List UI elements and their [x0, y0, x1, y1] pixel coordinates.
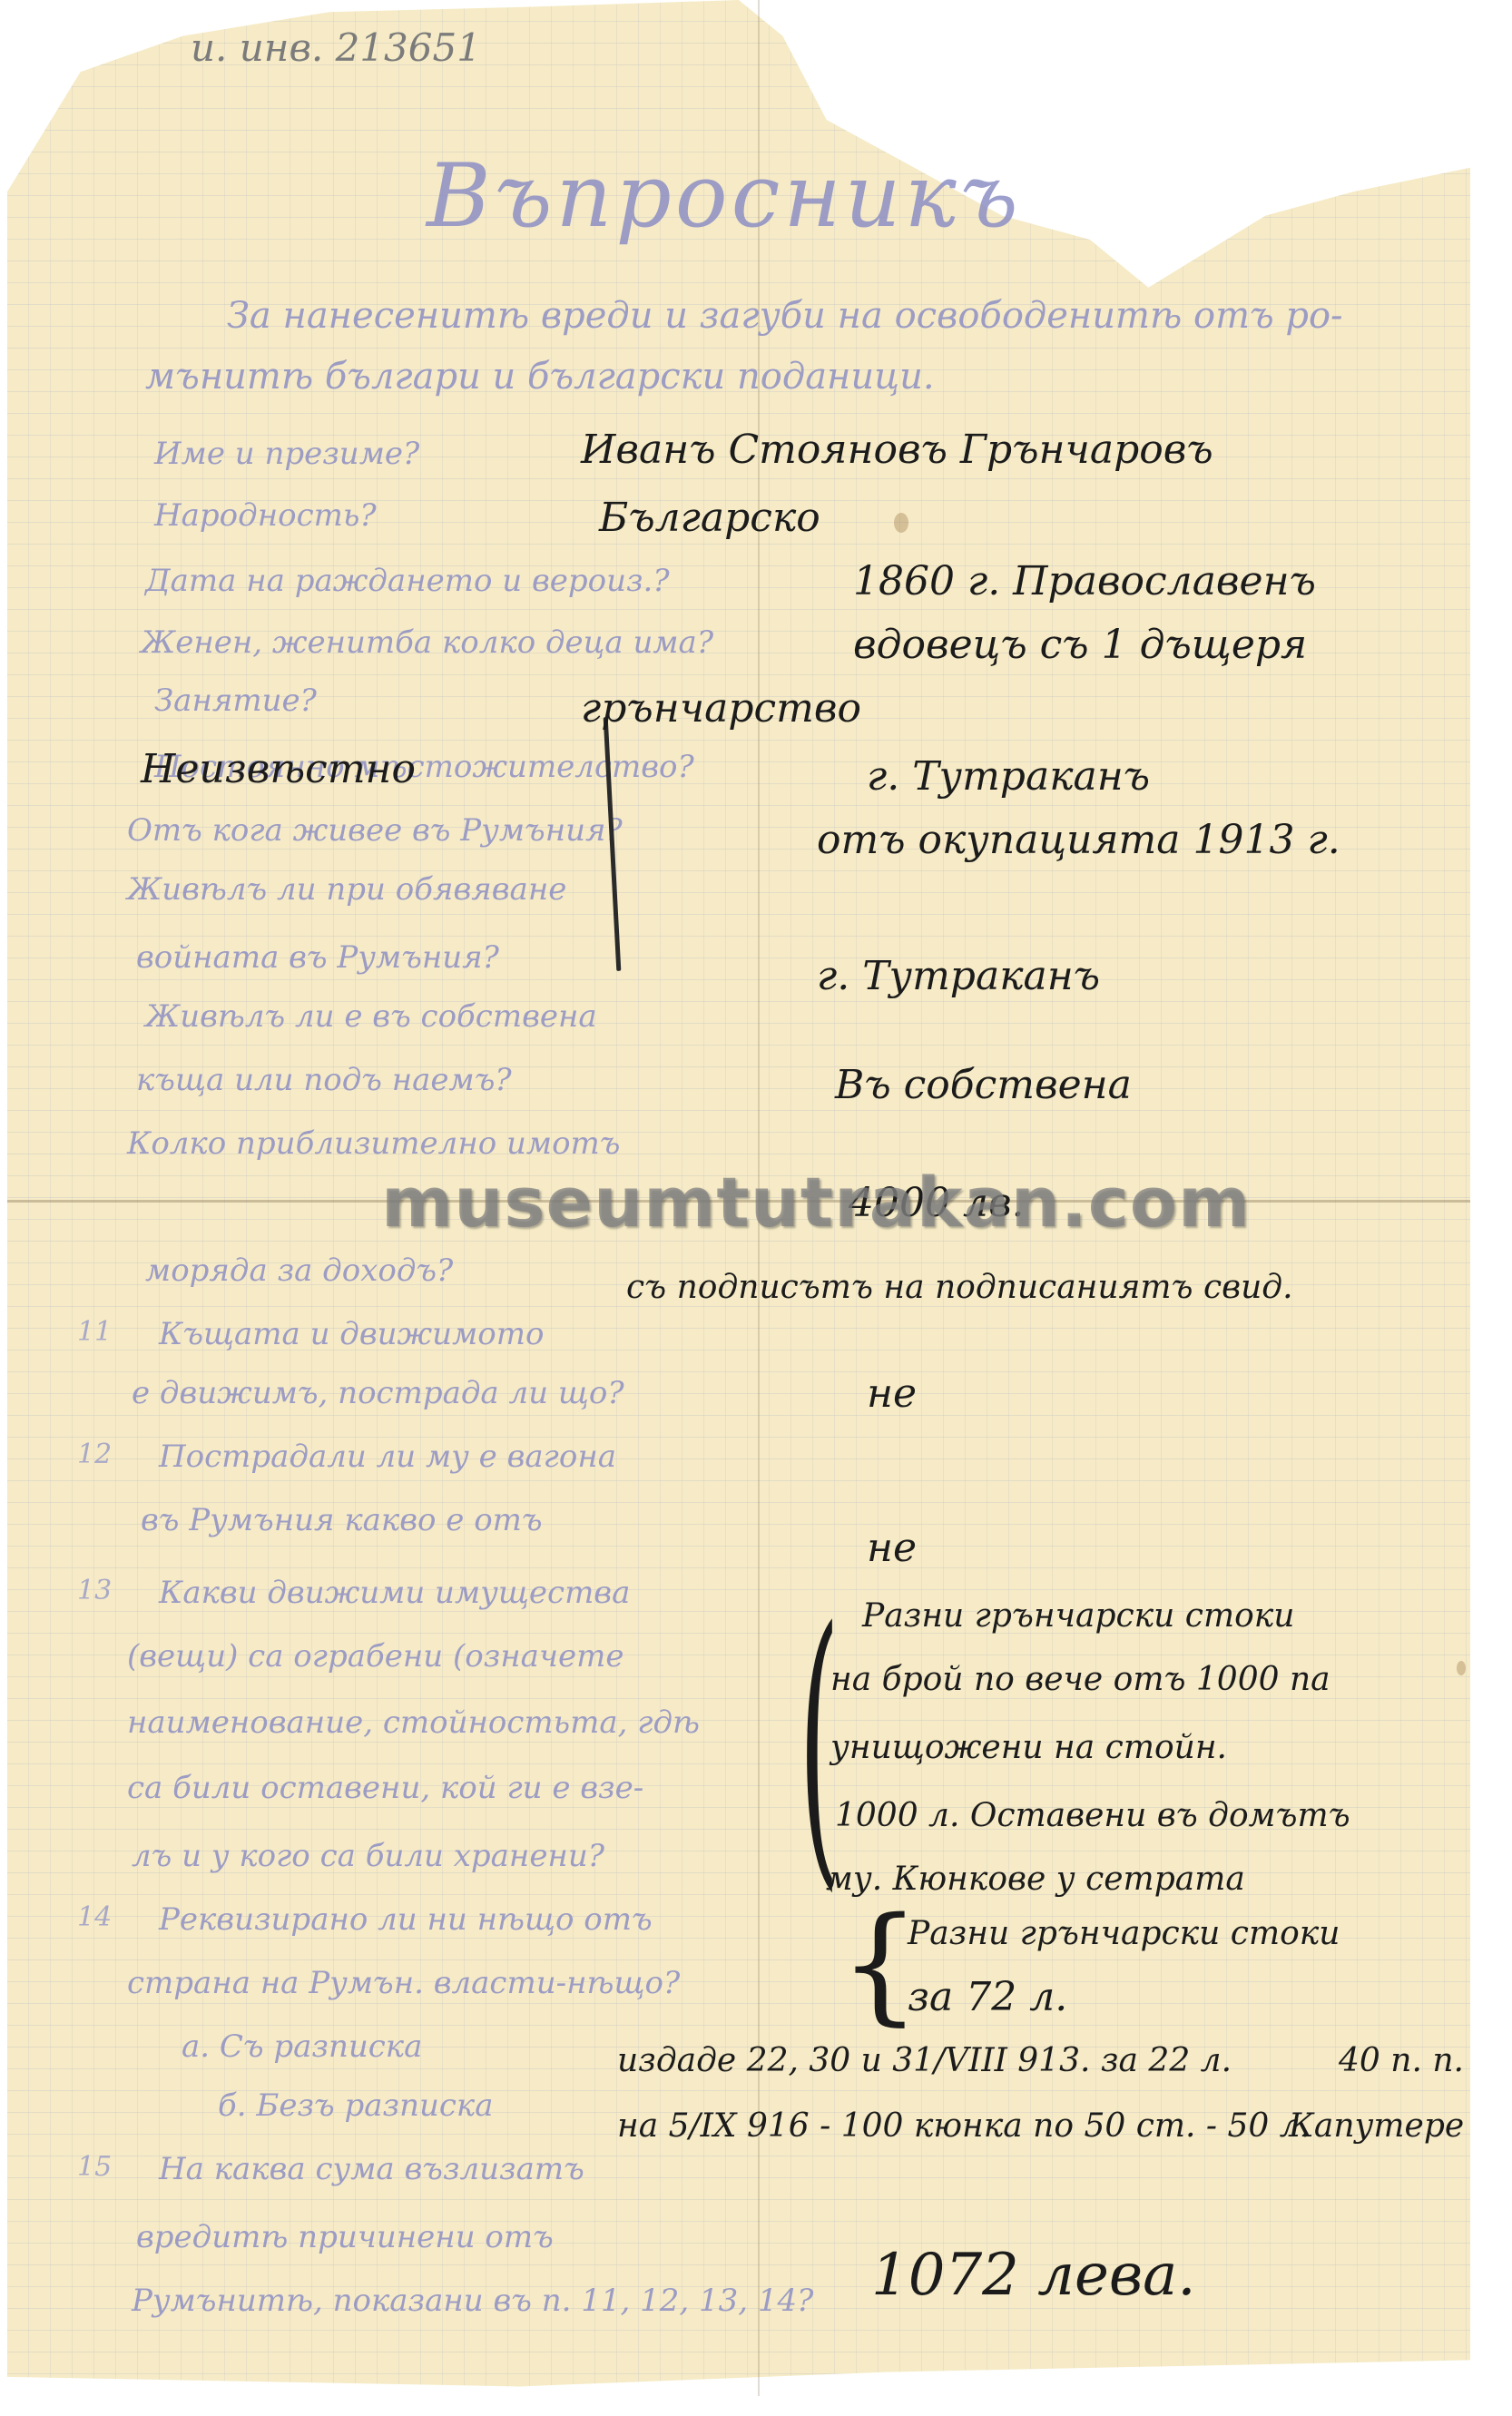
answer-total: 1072 лева.	[871, 2242, 1196, 2309]
question: Дата на раждането и вероиз.?	[145, 563, 670, 599]
answer-damage-11: не	[867, 1370, 917, 1417]
question-number: 11	[77, 1316, 112, 1348]
requisitioned-item: Разни грънчарски стоки	[908, 1915, 1340, 1952]
question-number: 14	[77, 1901, 112, 1933]
watermark: museumtutrakan.com	[381, 1162, 1251, 1242]
answer-residence-since-line2: отъ окупацията 1913 г.	[817, 817, 1340, 863]
question: е движимъ, пострада ли що?	[132, 1375, 624, 1411]
question: къща или подъ наемъ?	[136, 1062, 512, 1098]
question: Отъ кога живее въ Румъния?	[127, 812, 623, 849]
answer-name: Иванъ Стояновъ Грънчаровъ	[581, 427, 1213, 473]
question: моряда за доходъ?	[145, 1252, 453, 1289]
question: б. Безъ разписка	[218, 2087, 493, 2124]
answer-residence-label: Неизвѣстно	[141, 746, 416, 792]
document-title: Въпросникъ	[427, 145, 1022, 247]
requisition-line-1: издаде 22, 30 и 31/VIII 913. за 22 л.	[617, 2042, 1232, 2079]
looted-item: на брой по вече отъ 1000 па	[830, 1661, 1330, 1698]
answer-nationality: Българско	[599, 495, 820, 541]
looted-item: Разни грънчарски стоки	[862, 1597, 1294, 1635]
question: (вещи) са ограбени (означете	[127, 1638, 624, 1675]
question: Занятие?	[154, 683, 317, 719]
answer-lived-in-romania: г. Тутраканъ	[817, 953, 1100, 999]
question: страна на Румън. власти-нѣщо?	[127, 1965, 680, 2001]
question: Реквизирано ли ни нѣщо отъ	[159, 1901, 653, 1938]
question: наименование, стойностьта, гдѣ	[127, 1704, 700, 1741]
answer-income-note: съ подписътъ на подписаниятъ свид.	[626, 1269, 1293, 1306]
question: На каква сума възлизатъ	[159, 2151, 584, 2187]
answer-residence-since: г. Тутраканъ	[867, 753, 1150, 800]
question-number: 13	[77, 1575, 112, 1606]
requisition-line-1-side: 40 п. п.	[1339, 2042, 1464, 2079]
question: Име и презиме?	[154, 436, 419, 472]
ink-stain	[1457, 1661, 1466, 1675]
question: са били оставени, кой ги е взе-	[127, 1770, 643, 1806]
requisition-line-2: на 5/IX 916 - 100 кюнка по 50 ст. - 50 л…	[617, 2107, 1311, 2145]
question: вредитѣ причинени отъ	[136, 2219, 554, 2255]
question: Народность?	[154, 497, 377, 534]
question: Румънитѣ, показани въ п. 11, 12, 13, 14?	[132, 2283, 813, 2319]
answer-birth-religion: 1860 г. Православенъ	[853, 558, 1316, 604]
looted-item: унищожени на стойн.	[830, 1729, 1227, 1766]
question: лъ и у кого са били хранени?	[132, 1838, 604, 1874]
question: Живѣлъ ли при обявяване	[127, 871, 566, 908]
question: въ Румъния какво е отъ	[141, 1502, 543, 1538]
question: Какви движими имущества	[159, 1575, 630, 1611]
question: Женен, женитба колко деца има?	[141, 624, 713, 661]
requisition-line-2-side: Капутере	[1289, 2107, 1464, 2145]
inventory-mark: и. инв. 213651	[191, 25, 481, 70]
question: Пострадали ли му е вагона	[159, 1439, 616, 1475]
question-number: 15	[77, 2151, 112, 2183]
document-subtitle-line1: За нанесенитѣ вреди и загуби на освободе…	[227, 295, 1343, 337]
answer-damage-12: не	[867, 1525, 917, 1571]
ink-stain	[894, 513, 908, 533]
question: войната въ Румъния?	[136, 939, 499, 976]
looted-item: 1000 л. Оставени въ домътъ	[835, 1797, 1350, 1834]
question: Колко приблизително имотъ	[127, 1125, 620, 1162]
answer-occupation: грънчарство	[581, 685, 861, 732]
document-subtitle-line2: мънитѣ българи и български поданици.	[145, 356, 935, 398]
question: Живѣлъ ли е въ собствена	[145, 998, 597, 1035]
question: Къщата и движимото	[159, 1316, 544, 1352]
answer-family: вдовецъ съ 1 дъщеря	[853, 622, 1307, 668]
question: а. Съ разписка	[182, 2028, 422, 2065]
question-number: 12	[77, 1439, 112, 1470]
answer-house: Въ собствена	[835, 1062, 1132, 1108]
requisitioned-amount: за 72 л.	[908, 1974, 1067, 2020]
